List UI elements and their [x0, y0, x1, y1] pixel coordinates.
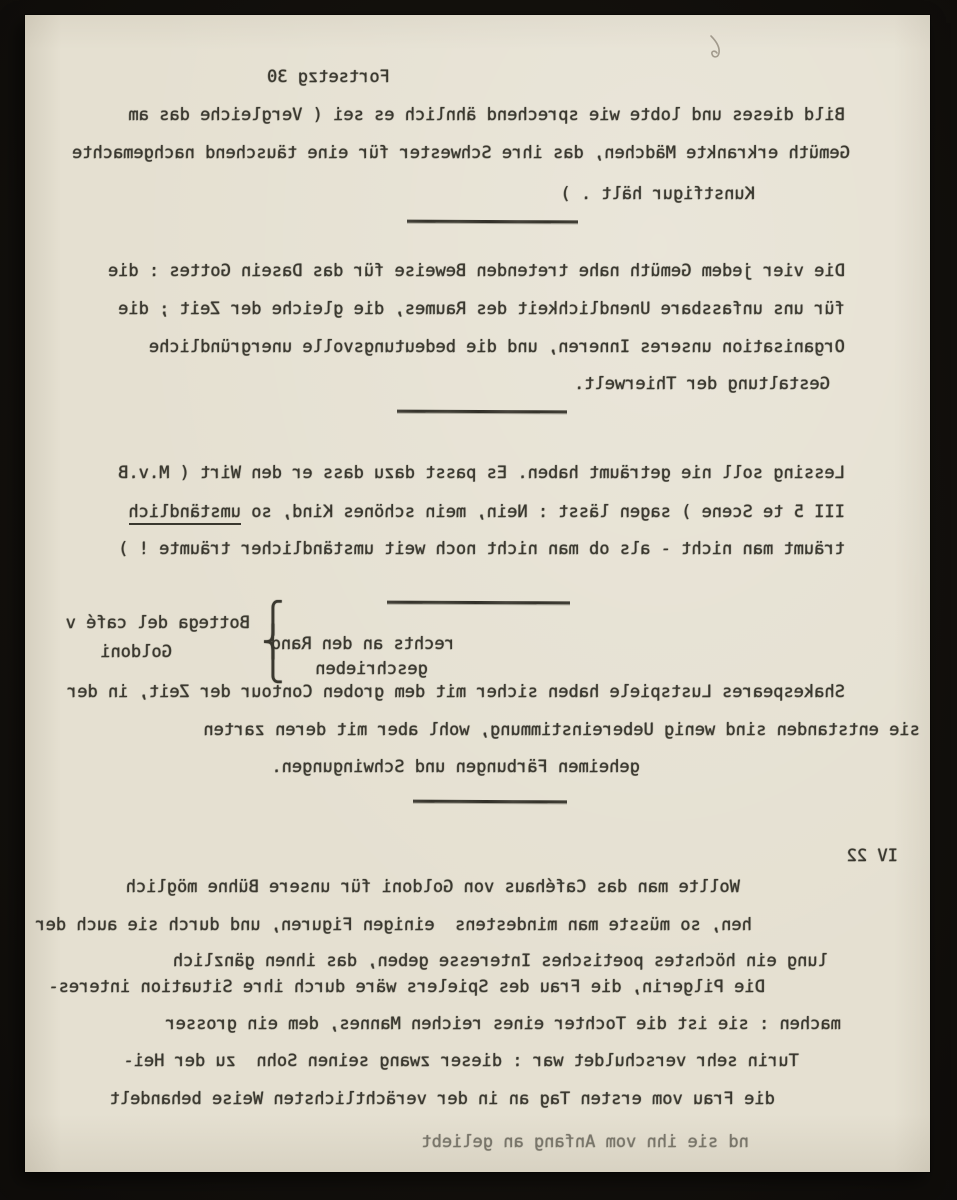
typed-line: sie entstanden sind wenig Uebereinstimmu… — [204, 719, 920, 741]
section-divider — [413, 800, 567, 804]
typed-line: für uns unfassbare Unendlichkeit des Rau… — [118, 298, 845, 320]
typed-line: III 5 te Scene ) sagen lässt : Nein, mei… — [129, 501, 845, 523]
section-divider — [407, 220, 578, 224]
manuscript-page: Fortsetzg 30Bild dieses und lobte wie sp… — [25, 15, 930, 1172]
section-divider — [387, 601, 570, 605]
typed-line: Gemüth erkrankte Mädchen, das ihre Schwe… — [72, 142, 850, 164]
typed-line: Bild dieses und lobte wie sprechend ähnl… — [129, 104, 845, 126]
typed-line: IV 22 — [847, 845, 898, 867]
pencil-mark — [703, 33, 725, 63]
typed-line: Die Pilgerin, die Frau des Spielers wäre… — [49, 976, 765, 998]
typed-line: Lessing soll nie geträumt haben. Es pass… — [118, 462, 845, 484]
typed-line: Wollte man das Caféhaus von Goldoni für … — [126, 876, 740, 898]
typed-line: Bottega del café v — [66, 612, 250, 634]
typed-line: machen : sie ist die Tochter eines reich… — [165, 1013, 841, 1035]
underlined-word: umständlich — [129, 502, 242, 525]
typed-line: geschrieben — [315, 658, 428, 680]
typed-line: lung ein höchstes poetisches Interesse g… — [173, 950, 828, 972]
typed-line: die Frau vom ersten Tag an in der veräch… — [110, 1088, 775, 1110]
typed-line: Organisation unseres Inneren, und die be… — [149, 336, 845, 358]
typed-line: geheimen Färbungen und Schwingungen. — [272, 756, 640, 778]
section-divider — [397, 410, 567, 414]
typed-line: träumt man nicht - als ob man nicht noch… — [118, 538, 845, 560]
typed-line: rechts an den Rand — [271, 633, 455, 655]
typed-line: nd sie ihn vom Anfang an geliebt — [421, 1131, 749, 1153]
typed-line: Die vier jedem Gemüth nahe tretenden Bew… — [108, 260, 845, 282]
typed-line: Turin sehr verschuldet war : dieser zwan… — [123, 1050, 799, 1072]
typed-line: Fortsetzg 30 — [267, 66, 390, 88]
typed-line: Shakespeares Lustspiele haben sicher mit… — [67, 681, 845, 703]
typed-line: Goldoni — [100, 641, 172, 663]
typed-brace: ⎫⎬⎭ — [264, 607, 282, 679]
typed-line: Gestaltung der Thierwelt. — [574, 373, 830, 395]
typed-line: hen, so müsste man mindestens einigen Fi… — [36, 914, 752, 936]
typed-line: Kunstfigur hält . ) — [561, 183, 755, 205]
